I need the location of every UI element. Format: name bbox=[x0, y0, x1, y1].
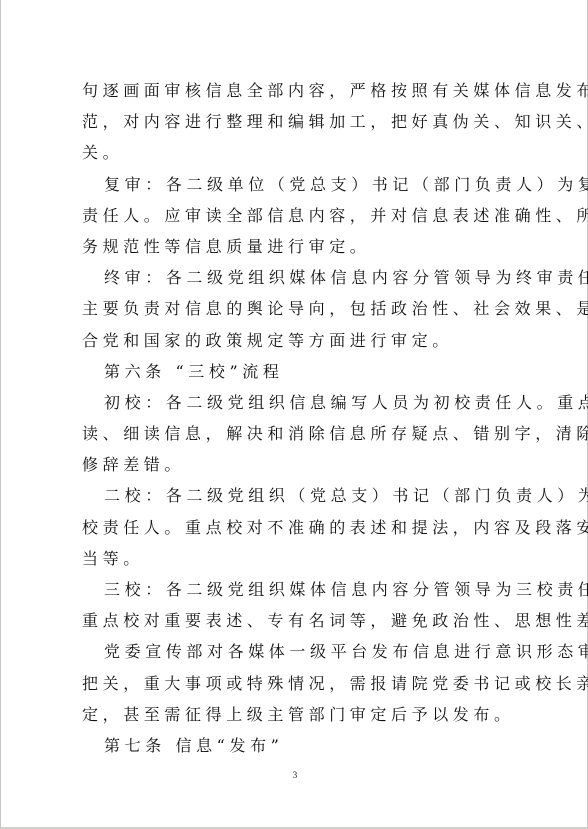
paragraph-chujiao: 初校：各二级党组织信息编写人员为初校责任人。重点通 bbox=[82, 387, 512, 418]
document-body: 句逐画面审核信息全部内容，严格按照有关媒体信息发布规 范，对内容进行整理和编辑加… bbox=[82, 75, 512, 761]
paragraph-fushen: 复审：各二级单位（党总支）书记（部门负责人）为复审 bbox=[82, 169, 512, 200]
text-line: 重点校对重要表述、专有名词等，避免政治性、思想性差错。 bbox=[82, 605, 512, 636]
paragraph-zhongshen: 终审：各二级党组织媒体信息内容分管领导为终审责任人。 bbox=[82, 262, 512, 293]
text-line: 把关，重大事项或特殊情况，需报请院党委书记或校长亲自审 bbox=[82, 668, 512, 699]
document-page: 句逐画面审核信息全部内容，严格按照有关媒体信息发布规 范，对内容进行整理和编辑加… bbox=[0, 0, 588, 829]
page-number: 3 bbox=[1, 770, 588, 780]
text-line: 读、细读信息，解决和消除信息所存疑点、错别字，清除文法 bbox=[82, 418, 512, 449]
text-line: 定，甚至需征得上级主管部门审定后予以发布。 bbox=[82, 699, 512, 730]
article-6-heading: 第六条 “三校”流程 bbox=[82, 356, 512, 387]
text-line: 责任人。应审读全部信息内容，并对信息表述准确性、所涉业 bbox=[82, 200, 512, 231]
paragraph-erjiao: 二校：各二级党组织（党总支）书记（部门负责人）为二 bbox=[82, 480, 512, 511]
text-line: 关。 bbox=[82, 137, 512, 168]
text-line: 修辞差错。 bbox=[82, 449, 512, 480]
paragraph-sanjiao: 三校：各二级党组织媒体信息内容分管领导为三校责任人。 bbox=[82, 574, 512, 605]
text-line: 范，对内容进行整理和编辑加工，把好真伪关、知识关、文字 bbox=[82, 106, 512, 137]
text-line: 务规范性等信息质量进行审定。 bbox=[82, 231, 512, 262]
text-line: 当等。 bbox=[82, 543, 512, 574]
text-line: 合党和国家的政策规定等方面进行审定。 bbox=[82, 325, 512, 356]
text-line: 句逐画面审核信息全部内容，严格按照有关媒体信息发布规 bbox=[82, 75, 512, 106]
article-7-heading: 第七条 信息“发布” bbox=[82, 730, 512, 761]
paragraph-publicity-dept: 党委宣传部对各媒体一级平台发布信息进行意识形态审核 bbox=[82, 636, 512, 667]
text-line: 主要负责对信息的舆论导向，包括政治性、社会效果、是否符 bbox=[82, 293, 512, 324]
text-line: 校责任人。重点校对不准确的表述和提法，内容及段落安排不 bbox=[82, 512, 512, 543]
